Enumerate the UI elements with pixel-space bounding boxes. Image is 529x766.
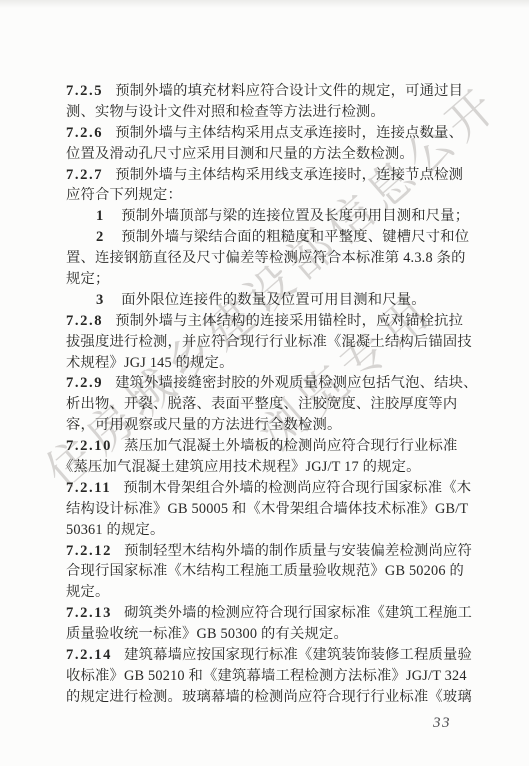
document-body: 7.2.5预制外墙的填充材料应符合设计文件的规定，可通过目测、实物与设计文件对照… bbox=[66, 81, 480, 708]
line-text: 析出物、开裂、脱落、表面平整度、注胶宽度、注胶厚度等内 bbox=[66, 396, 457, 412]
scanned-standard-page: 住房城乡建设部信息公开 浏览专用 7.2.5预制外墙的填充材料应符合设计文件的规… bbox=[0, 0, 529, 766]
clause-item-line: 3面外限位连接件的数量及位置可用目测和尺量。 bbox=[66, 290, 480, 311]
clause-line: 7.2.7预制外墙与主体结构采用线支承连接时，连接节点检测 bbox=[66, 165, 480, 186]
line-text: 位置及滑动孔尺寸应采用目测和尺量的方法全数检测。 bbox=[66, 146, 414, 162]
text-line: 规定。 bbox=[66, 582, 480, 603]
clause-number: 7.2.5 bbox=[66, 83, 103, 99]
line-text: 预制轻型木结构外墙的制作质量与安装偏差检测尚应符 bbox=[124, 543, 472, 559]
line-text: 50361 的规定。 bbox=[66, 522, 165, 538]
clause-number: 7.2.10 bbox=[66, 438, 112, 454]
text-line: 置、连接钢筋直径及尺寸偏差等检测应符合本标准第 4.3.8 条的 bbox=[66, 248, 480, 269]
line-text: 结构设计标准》GB 50005 和《木骨架组合墙体技术标准》GB/T bbox=[66, 501, 468, 517]
line-text: 预制外墙与梁结合面的粗糙度和平整度、键槽尺寸和位 bbox=[121, 229, 469, 245]
line-text: 预制外墙与主体结构采用线支承连接时，连接节点检测 bbox=[115, 167, 463, 183]
line-text: 容，可用观察或尺量的方法进行全数检测。 bbox=[66, 417, 341, 433]
clause-number: 7.2.9 bbox=[66, 375, 103, 391]
item-number: 2 bbox=[96, 229, 103, 245]
text-line: 规定； bbox=[66, 269, 480, 290]
line-text: 合现行国家标准《木结构工程施工质量验收规范》GB 50206 的 bbox=[66, 563, 464, 579]
text-line: 析出物、开裂、脱落、表面平整度、注胶宽度、注胶厚度等内 bbox=[66, 394, 480, 415]
line-text: 预制外墙顶部与梁的连接位置及长度可用目测和尺量； bbox=[121, 208, 469, 224]
text-line: 50361 的规定。 bbox=[66, 520, 480, 541]
line-text: 规定。 bbox=[66, 584, 110, 600]
clause-line: 7.2.10蒸压加气混凝土外墙板的检测尚应符合现行行业标准 bbox=[66, 436, 480, 457]
line-text: 建筑幕墙应按国家现行标准《建筑装饰装修工程质量验 bbox=[124, 647, 472, 663]
line-text: 术规程》JGJ 145 的规定。 bbox=[66, 355, 234, 371]
clause-item-line: 1预制外墙顶部与梁的连接位置及长度可用目测和尺量； bbox=[66, 206, 480, 227]
line-text: 预制外墙与主体结构的连接采用锚栓时，应对锚栓抗拉 bbox=[115, 313, 463, 329]
page-number: 33 bbox=[433, 715, 451, 732]
line-text: 预制外墙的填充材料应符合设计文件的规定，可通过目 bbox=[115, 83, 463, 99]
line-text: 预制外墙与主体结构采用点支承连接时，连接点数量、 bbox=[115, 125, 463, 141]
clause-line: 7.2.9建筑外墙接缝密封胶的外观质量检测应包括气泡、结块、 bbox=[66, 373, 480, 394]
line-text: 面外限位连接件的数量及位置可用目测和尺量。 bbox=[121, 292, 425, 308]
clause-line: 7.2.8预制外墙与主体结构的连接采用锚栓时，应对锚栓抗拉 bbox=[66, 311, 480, 332]
clause-number: 7.2.7 bbox=[66, 167, 103, 183]
text-line: 《蒸压加气混凝土建筑应用技术规程》JGJ/T 17 的规定。 bbox=[59, 457, 480, 478]
line-text: 拔强度进行检测，并应符合现行行业标准《混凝土结构后锚固技 bbox=[66, 334, 472, 350]
text-line: 拔强度进行检测，并应符合现行行业标准《混凝土结构后锚固技 bbox=[66, 332, 480, 353]
text-line: 测、实物与设计文件对照和检查等方法进行检测。 bbox=[66, 102, 480, 123]
clause-line: 7.2.11预制木骨架组合外墙的检测尚应符合现行国家标准《木 bbox=[66, 478, 480, 499]
line-text: 置、连接钢筋直径及尺寸偏差等检测应符合本标准第 4.3.8 条的 bbox=[66, 250, 466, 266]
clause-number: 7.2.11 bbox=[66, 480, 111, 496]
clause-line: 7.2.12预制轻型木结构外墙的制作质量与安装偏差检测尚应符 bbox=[66, 541, 480, 562]
clause-item-line: 2预制外墙与梁结合面的粗糙度和平整度、键槽尺寸和位 bbox=[66, 227, 480, 248]
line-text: 预制木骨架组合外墙的检测尚应符合现行国家标准《木 bbox=[123, 480, 471, 496]
text-line: 收标准》GB 50210 和《建筑幕墙工程检测方法标准》JGJ/T 324 bbox=[66, 666, 480, 687]
line-text: 质量验收统一标准》GB 50300 的有关规定。 bbox=[66, 626, 348, 642]
line-text: 的规定进行检测。玻璃幕墙的检测尚应符合现行行业标准《玻璃 bbox=[66, 689, 472, 705]
clause-line: 7.2.5预制外墙的填充材料应符合设计文件的规定，可通过目 bbox=[66, 81, 480, 102]
text-line: 的规定进行检测。玻璃幕墙的检测尚应符合现行行业标准《玻璃 bbox=[66, 687, 480, 708]
line-text: 规定； bbox=[66, 271, 110, 287]
item-number: 1 bbox=[96, 208, 103, 224]
clause-number: 7.2.14 bbox=[66, 647, 112, 663]
text-line: 容，可用观察或尺量的方法进行全数检测。 bbox=[66, 415, 480, 436]
clause-number: 7.2.12 bbox=[66, 543, 112, 559]
line-text: 蒸压加气混凝土外墙板的检测尚应符合现行行业标准 bbox=[124, 438, 457, 454]
text-line: 术规程》JGJ 145 的规定。 bbox=[66, 353, 480, 374]
clause-number: 7.2.6 bbox=[66, 125, 103, 141]
line-text: 测、实物与设计文件对照和检查等方法进行检测。 bbox=[66, 104, 385, 120]
text-line: 合现行国家标准《木结构工程施工质量验收规范》GB 50206 的 bbox=[66, 561, 480, 582]
clause-line: 7.2.6预制外墙与主体结构采用点支承连接时，连接点数量、 bbox=[66, 123, 480, 144]
text-line: 结构设计标准》GB 50005 和《木骨架组合墙体技术标准》GB/T bbox=[66, 499, 480, 520]
line-text: 砌筑类外墙的检测应符合现行国家标准《建筑工程施工 bbox=[124, 605, 472, 621]
text-line: 质量验收统一标准》GB 50300 的有关规定。 bbox=[66, 624, 480, 645]
clause-number: 7.2.13 bbox=[66, 605, 112, 621]
clause-number: 7.2.8 bbox=[66, 313, 103, 329]
line-text: 建筑外墙接缝密封胶的外观质量检测应包括气泡、结块、 bbox=[115, 375, 477, 391]
clause-line: 7.2.14建筑幕墙应按国家现行标准《建筑装饰装修工程质量验 bbox=[66, 645, 480, 666]
clause-line: 7.2.13砌筑类外墙的检测应符合现行国家标准《建筑工程施工 bbox=[66, 603, 480, 624]
line-text: 《蒸压加气混凝土建筑应用技术规程》JGJ/T 17 的规定。 bbox=[59, 459, 421, 475]
item-number: 3 bbox=[96, 292, 103, 308]
line-text: 收标准》GB 50210 和《建筑幕墙工程检测方法标准》JGJ/T 324 bbox=[66, 668, 467, 684]
text-line: 位置及滑动孔尺寸应采用目测和尺量的方法全数检测。 bbox=[66, 144, 480, 165]
text-line: 应符合下列规定： bbox=[66, 185, 480, 206]
line-text: 应符合下列规定： bbox=[66, 187, 182, 203]
